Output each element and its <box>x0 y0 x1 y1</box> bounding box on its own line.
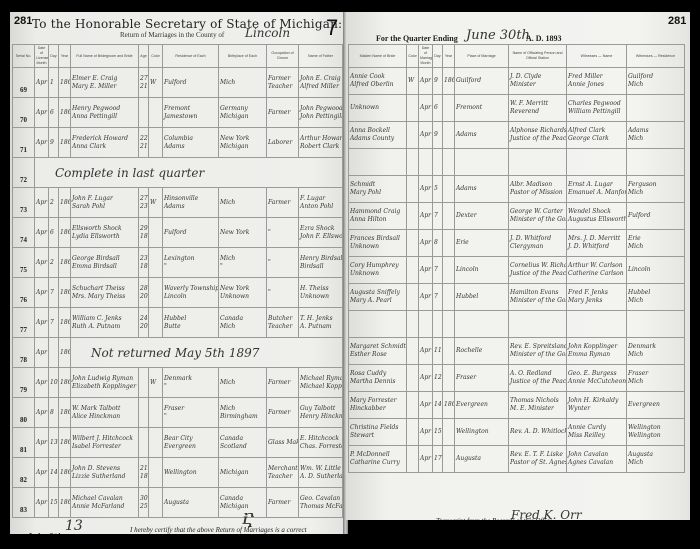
register-row: 70Apr6186Henry PegwoodAnna PettingillFre… <box>13 98 343 128</box>
marriage-day <box>433 149 443 176</box>
register-row: SchmidtMary PohlApr5AdamsAlbr. MadisonPa… <box>349 176 685 203</box>
ages <box>139 98 149 128</box>
witness-names-line: Fred F. Jenks <box>568 289 625 297</box>
license-day <box>49 338 59 368</box>
occupation-line: Farmer <box>268 199 297 207</box>
ages-line: 18 <box>140 263 147 271</box>
couple-names: W. Mark TalbottAlice Hinckman <box>71 398 139 428</box>
ages-line: 23 <box>140 203 147 211</box>
maiden-name-line: Christina Fields <box>350 424 405 432</box>
witness-names-line: Wendel Shock <box>568 208 625 216</box>
father-name-line: Robert Clark <box>300 143 341 151</box>
officiant <box>509 149 567 176</box>
license-year: 186 <box>59 338 71 368</box>
witness-residence-line: Lincoln <box>628 266 683 274</box>
occupation: " <box>267 248 299 278</box>
witness-names: Fred F. JenksMary Jenks <box>567 284 627 311</box>
couple-names: Ellsworth ShockLydia Ellsworth <box>71 218 139 248</box>
license-day: 1 <box>49 68 59 98</box>
occupation: Farmer <box>267 98 299 128</box>
witness-names-line: John Kopplinger <box>568 343 625 351</box>
witness-names: Geo. E. BurgessAnnie McCutcheon <box>567 365 627 392</box>
marriage-month: Apr <box>419 203 433 230</box>
marriage-place: Guilford <box>455 68 509 95</box>
maiden-name-line: Catharine Curry <box>350 459 405 467</box>
license-year: 186 <box>59 308 71 338</box>
serial-number: 77 <box>13 308 35 338</box>
father-name: Guy TalbottHenry Hinckman <box>299 398 343 428</box>
maiden-name: Frances BirdsallUnknown <box>349 230 407 257</box>
marriage-year <box>443 149 455 176</box>
birthplace-line: Michigan <box>220 469 265 477</box>
license-year: 186 <box>59 98 71 128</box>
witness-names-line: Mary Jenks <box>568 297 625 305</box>
marriage-day: 11 <box>433 338 443 365</box>
marriage-place: Adams <box>455 122 509 149</box>
couple-names: John D. StevensLizzie Sutherland <box>71 458 139 488</box>
ages <box>139 398 149 428</box>
color <box>407 365 419 392</box>
ages: 2420 <box>139 308 149 338</box>
marriage-month: Apr <box>419 176 433 203</box>
register-row: 72Complete in last quarter <box>13 158 343 188</box>
occupation-line: Farmer <box>268 379 297 387</box>
license-day: 6 <box>49 98 59 128</box>
license-day: 10 <box>49 368 59 398</box>
occupation-line: Merchant <box>268 465 297 473</box>
page-title: To the Honorable Secretary of State of M… <box>32 17 342 31</box>
witness-residence-line: Mich <box>628 135 683 143</box>
birthplace-line: Mich <box>220 379 265 387</box>
residence-line: Adams <box>164 143 217 151</box>
register-row: UnknownApr6FremontW. F. MerrittReverendC… <box>349 95 685 122</box>
sheet-mark: 7 <box>326 15 338 41</box>
serial-number: 81 <box>13 428 35 458</box>
officiant: Rev. E. SpreitslandMinister of the Gospe… <box>509 338 567 365</box>
witness-names-line: William Pettingill <box>568 108 625 116</box>
ages <box>139 428 149 458</box>
register-row: Annie CookAlfred OberlinWApr9186Guilford… <box>349 68 685 95</box>
register-row: P. McDonnellCatharine CurryApr17AugustaR… <box>349 446 685 473</box>
quarter-label: For the Quarter Ending <box>376 34 458 43</box>
father-name-line: John Pegwood <box>300 105 341 113</box>
officiant-line: Thomas Nichols <box>510 397 565 405</box>
marriage-day <box>433 311 443 338</box>
witness-residence <box>627 149 685 176</box>
witness-residence: Lincoln <box>627 257 685 284</box>
license-month: Apr <box>35 248 49 278</box>
residence-line: Fulford <box>164 229 217 237</box>
couple-names: George BirdsallEmma Birdsall <box>71 248 139 278</box>
father-name: Ezra ShockJohn F. Ellsworth <box>299 218 343 248</box>
residence-line: Bear City <box>164 435 217 443</box>
license-day: 7 <box>49 278 59 308</box>
col-header: Full Name of Bridegroom and Bride <box>71 45 139 68</box>
license-day: 6 <box>49 218 59 248</box>
couple-names: John F. LugarSarah Pohl <box>71 188 139 218</box>
ages-line: 27 <box>140 195 147 203</box>
birthplace-line: Mich <box>220 323 265 331</box>
license-day: 9 <box>49 128 59 158</box>
witness-names-line: Agnes Cavalan <box>568 459 625 467</box>
maiden-name-line: Margaret Schmidt <box>350 343 405 351</box>
witness-names-line: Augustus Ellsworth <box>568 216 625 224</box>
father-name: Michael RymanMichael Kopplinger <box>299 368 343 398</box>
witness-names-line: Alfred Clark <box>568 127 625 135</box>
birthplace: GermanyMichigan <box>219 98 267 128</box>
birthplace-line: Birmingham <box>220 413 265 421</box>
col-header: Date of License Month <box>35 45 49 68</box>
ages: 2118 <box>139 458 149 488</box>
birthplace: MichBirmingham <box>219 398 267 428</box>
marriage-place: Erie <box>455 230 509 257</box>
ages: 2723 <box>139 188 149 218</box>
witness-residence-line: Mich <box>628 378 683 386</box>
witness-residence: AugustaMich <box>627 446 685 473</box>
col-header: Serial No. <box>13 45 35 68</box>
marriage-day: 7 <box>433 203 443 230</box>
marriage-place: Wellington <box>455 419 509 446</box>
residence: FremontJamestown <box>163 98 219 128</box>
father-name-line: E. Hitchcock <box>300 435 341 443</box>
color <box>407 176 419 203</box>
witness-names: Charles PegwoodWilliam Pettingill <box>567 95 627 122</box>
officiant <box>509 311 567 338</box>
occupation-line: Glass Maker <box>268 439 297 447</box>
witness-residence-line: Mich <box>628 297 683 305</box>
birthplace-line: Michigan <box>220 503 265 511</box>
birthplace-line: " <box>220 263 265 271</box>
marriage-year <box>443 284 455 311</box>
maiden-name-line: Unknown <box>350 243 405 251</box>
license-year: 186 <box>59 428 71 458</box>
witness-residence-line: Ferguson <box>628 181 683 189</box>
officiant-line: Minister of the Gospel <box>510 351 565 359</box>
maiden-name-line: Esther Rose <box>350 351 405 359</box>
ages-line: 30 <box>140 495 147 503</box>
birthplace: Mich" <box>219 248 267 278</box>
witness-names-line: Miss Reilley <box>568 432 625 440</box>
father-name-line: Guy Talbott <box>300 405 341 413</box>
license-month: Apr <box>35 68 49 98</box>
marriage-year: 186 <box>443 392 455 419</box>
license-year: 186 <box>59 128 71 158</box>
birthplace-line: Canada <box>220 315 265 323</box>
father-name-line: Geo. Cavalan <box>300 495 341 503</box>
color <box>149 488 163 518</box>
officiant-line: Minister of the Gospel <box>510 297 565 305</box>
ages: 2221 <box>139 128 149 158</box>
residence-line: Evergreen <box>164 443 217 451</box>
register-row: 73Apr2186John F. LugarSarah Pohl2723WHin… <box>13 188 343 218</box>
marriage-year <box>443 230 455 257</box>
couple-names-line: John F. Lugar <box>72 195 137 203</box>
maiden-name: Mary ForresterHinckabber <box>349 392 407 419</box>
birthplace: Michigan <box>219 458 267 488</box>
register-row: Mary ForresterHinckabberApr14186Evergree… <box>349 392 685 419</box>
father-name: T. H. JenksA. Putnam <box>299 308 343 338</box>
witness-residence-line: Evergreen <box>628 401 683 409</box>
register-row: Cory HumphreyUnknownApr7LincolnCornelius… <box>349 257 685 284</box>
witness-residence: ErieMich <box>627 230 685 257</box>
color <box>407 446 419 473</box>
witness-names: John KopplingerEmma Ryman <box>567 338 627 365</box>
marriage-year <box>443 122 455 149</box>
marriage-place: Rochelle <box>455 338 509 365</box>
officiant-line: Rev. E. T. F. Liske <box>510 451 565 459</box>
ages-line: 22 <box>140 135 147 143</box>
col-header: Occupation of Groom <box>267 45 299 68</box>
father-name-line: Anton Pohl <box>300 203 341 211</box>
license-day: 7 <box>49 308 59 338</box>
ages-line: 27 <box>140 75 147 83</box>
county-name: Lincoln <box>245 26 290 40</box>
officiant-line: W. F. Merritt <box>510 100 565 108</box>
register-row <box>349 149 685 176</box>
marriage-year <box>443 419 455 446</box>
occupation: Farmer <box>267 188 299 218</box>
marriage-month: Apr <box>419 122 433 149</box>
register-row: 75Apr2186George BirdsallEmma Birdsall231… <box>13 248 343 278</box>
witness-residence-line: Adams <box>628 127 683 135</box>
witness-residence-line: Fulford <box>628 212 683 220</box>
witness-residence: FergusonMich <box>627 176 685 203</box>
witness-names: Arthur W. CarlsonCatherine Carlson <box>567 257 627 284</box>
ages-line: 29 <box>140 225 147 233</box>
ages-line: 23 <box>140 255 147 263</box>
marriage-day: 7 <box>433 257 443 284</box>
ages <box>139 368 149 398</box>
couple-names-line: Schuchart Theiss <box>72 285 137 293</box>
marriage-month: Apr <box>419 446 433 473</box>
couple-names-line: Michael Cavalan <box>72 495 137 503</box>
license-year: 186 <box>59 248 71 278</box>
license-month: Apr <box>35 368 49 398</box>
register-row: 74Apr6186Ellsworth ShockLydia Ellsworth2… <box>13 218 343 248</box>
occupation-line: Laborer <box>268 139 297 147</box>
color <box>407 122 419 149</box>
color <box>149 98 163 128</box>
birthplace: New YorkMichigan <box>219 128 267 158</box>
marriage-day: 9 <box>433 68 443 95</box>
witness-names-line: Emma Ryman <box>568 351 625 359</box>
col-header: Residence of Each <box>163 45 219 68</box>
ages-line: 28 <box>140 285 147 293</box>
color <box>149 398 163 428</box>
couple-names-line: John D. Stevens <box>72 465 137 473</box>
marriage-month: Apr <box>419 68 433 95</box>
right-page-number: 281 <box>668 15 686 27</box>
right-header-row: Maiden Name of Bride Color Date of Marri… <box>349 45 685 68</box>
row-note: Complete in last quarter <box>35 158 343 188</box>
father-name-line: Michael Kopplinger <box>300 383 341 391</box>
witness-residence: GuilfordMich <box>627 68 685 95</box>
officiant-line: M. E. Minister <box>510 405 565 413</box>
occupation: Farmer <box>267 368 299 398</box>
occupation-line: Butcher <box>268 315 297 323</box>
witness-names: John CavalanAgnes Cavalan <box>567 446 627 473</box>
color <box>407 284 419 311</box>
witness-names-line: John H. Kirkaldy <box>568 397 625 405</box>
birthplace-line: New York <box>220 285 265 293</box>
witness-names-line: Ernst A. Lugar <box>568 181 625 189</box>
witness-names: Fred MillerAnnie Jones <box>567 68 627 95</box>
maiden-name: Cory HumphreyUnknown <box>349 257 407 284</box>
residence-line: " <box>164 413 217 421</box>
ages-line: 18 <box>140 233 147 241</box>
witness-names-line: Emanuel A. Manford <box>568 189 625 197</box>
register-row: Christina FieldsStewartApr15WellingtonRe… <box>349 419 685 446</box>
register-row <box>349 311 685 338</box>
ages-line: 21 <box>140 83 147 91</box>
quarter-value: June 30th <box>466 28 530 43</box>
color <box>149 248 163 278</box>
residence-line: Fremont <box>164 105 217 113</box>
father-name-line: H. Theiss <box>300 285 341 293</box>
father-name-line: Alfred Miller <box>300 83 341 91</box>
return-subtitle: Return of Marriages in the County of <box>120 31 224 39</box>
officiant: Thomas NicholsM. E. Minister <box>509 392 567 419</box>
witness-names-line: J. D. Whitford <box>568 243 625 251</box>
maiden-name-line: P. McDonnell <box>350 451 405 459</box>
serial-number: 83 <box>13 488 35 518</box>
couple-names-line: Ruth A. Putnam <box>72 323 137 331</box>
couple-names-line: Lizzie Sutherland <box>72 473 137 481</box>
witness-residence-line: Wellington <box>628 424 683 432</box>
residence: Fulford <box>163 68 219 98</box>
maiden-name-line: Unknown <box>350 104 405 112</box>
license-year: 186 <box>59 458 71 488</box>
witness-names-line: Wynter <box>568 405 625 413</box>
marriage-place: Lincoln <box>455 257 509 284</box>
witness-names: Alfred ClarkGeorge Clark <box>567 122 627 149</box>
color <box>407 419 419 446</box>
father-name-line: Henry Hinckman <box>300 413 341 421</box>
couple-names: Schuchart TheissMrs. Mary Theiss <box>71 278 139 308</box>
col-header: Name of Father <box>299 45 343 68</box>
maiden-name-line: Mary Pohl <box>350 189 405 197</box>
license-day: 14 <box>49 458 59 488</box>
left-header-row: Serial No. Date of License Month Day Yea… <box>13 45 343 68</box>
officiant-line: Rev. A. D. Whitlock <box>510 428 565 436</box>
marriage-month: Apr <box>419 419 433 446</box>
serial-number: 76 <box>13 278 35 308</box>
col-header: Birthplace of Each <box>219 45 267 68</box>
residence: HinsonvilleAdams <box>163 188 219 218</box>
father-name: John PegwoodJohn Pettingill <box>299 98 343 128</box>
officiant-line: Rev. E. Spreitsland <box>510 343 565 351</box>
witness-residence-line: Augusta <box>628 451 683 459</box>
witness-names-line: Annie Jones <box>568 81 625 89</box>
ages-line: 21 <box>140 143 147 151</box>
year-label: A. D. 1893 <box>526 34 562 43</box>
witness-residence <box>627 311 685 338</box>
serial-number: 69 <box>13 68 35 98</box>
couple-names: John Ludwig RymanElizabeth Kopplinger <box>71 368 139 398</box>
col-header: Witnesses — Residence <box>627 45 685 68</box>
birthplace-line: Canada <box>220 435 265 443</box>
marriage-year <box>443 176 455 203</box>
officiant-line: Albr. Madison <box>510 181 565 189</box>
occupation-line: Teacher <box>268 473 297 481</box>
marriage-month: Apr <box>419 365 433 392</box>
col-header: Day <box>433 45 443 68</box>
couple-names-line: William C. Jenks <box>72 315 137 323</box>
witness-residence: DenmarkMich <box>627 338 685 365</box>
officiant: Cornelius W. RichardsonJustice of the Pe… <box>509 257 567 284</box>
couple-names: Frederick HowardAnna Clark <box>71 128 139 158</box>
ages: 2721 <box>139 68 149 98</box>
marriage-place: Fremont <box>455 95 509 122</box>
maiden-name <box>349 311 407 338</box>
residence: Fulford <box>163 218 219 248</box>
marriage-month: Apr <box>419 392 433 419</box>
father-name: F. LugarAnton Pohl <box>299 188 343 218</box>
maiden-name <box>349 149 407 176</box>
ages-line: 24 <box>140 315 147 323</box>
couple-names-line: Mary E. Miller <box>72 83 137 91</box>
witness-residence-line: Mich <box>628 81 683 89</box>
maiden-name: Annie CookAlfred Oberlin <box>349 68 407 95</box>
col-header: Day <box>49 45 59 68</box>
register-row: Frances BirdsallUnknownApr8ErieJ. D. Whi… <box>349 230 685 257</box>
ages: 2918 <box>139 218 149 248</box>
ages-line: 18 <box>140 473 147 481</box>
father-name-line: John F. Ellsworth <box>300 233 341 241</box>
register-row: 71Apr9186Frederick HowardAnna Clark2221C… <box>13 128 343 158</box>
birthplace-line: Germany <box>220 105 265 113</box>
residence-line: Butte <box>164 323 217 331</box>
couple-names-line: Isabel Forrester <box>72 443 137 451</box>
residence-line: " <box>164 383 217 391</box>
residence-line: Augusta <box>164 499 217 507</box>
father-name-line: Michael Ryman <box>300 375 341 383</box>
witness-residence-line: Mich <box>628 189 683 197</box>
color: W <box>149 68 163 98</box>
couple-names: Henry PegwoodAnna Pettingill <box>71 98 139 128</box>
residence-line: Fraser <box>164 405 217 413</box>
marriage-year <box>443 203 455 230</box>
maiden-name-line: Annie Cook <box>350 73 405 81</box>
marriage-month: Apr <box>419 338 433 365</box>
col-header: Date of Marriage Month <box>419 45 433 68</box>
birthplace: CanadaScotland <box>219 428 267 458</box>
license-month: Apr <box>35 308 49 338</box>
color <box>149 128 163 158</box>
father-name-line: Henry Birdsall <box>300 255 341 263</box>
witness-residence <box>627 95 685 122</box>
witness-residence-line: Mich <box>628 243 683 251</box>
father-name: Wm. W. LittleA. D. Sutherland <box>299 458 343 488</box>
count-mark: 13 <box>65 518 83 534</box>
couple-names-line: Sarah Pohl <box>72 203 137 211</box>
marriage-day: 12 <box>433 365 443 392</box>
officiant-line: Reverend <box>510 108 565 116</box>
residence-line: Jamestown <box>164 113 217 121</box>
residence-line: Denmark <box>164 375 217 383</box>
officiant: Alphonse RichardsonJustice of the Peace <box>509 122 567 149</box>
col-header: Witnesses — Name <box>567 45 627 68</box>
marriage-place: Dexter <box>455 203 509 230</box>
couple-names-line: Annie McFarland <box>72 503 137 511</box>
license-day: 13 <box>49 428 59 458</box>
father-name: John E. CraigAlfred Miller <box>299 68 343 98</box>
witness-residence-line: Erie <box>628 235 683 243</box>
marriage-day: 6 <box>433 95 443 122</box>
maiden-name-line: Martha Dennis <box>350 378 405 386</box>
couple-names-line: Frederick Howard <box>72 135 137 143</box>
serial-number: 79 <box>13 368 35 398</box>
